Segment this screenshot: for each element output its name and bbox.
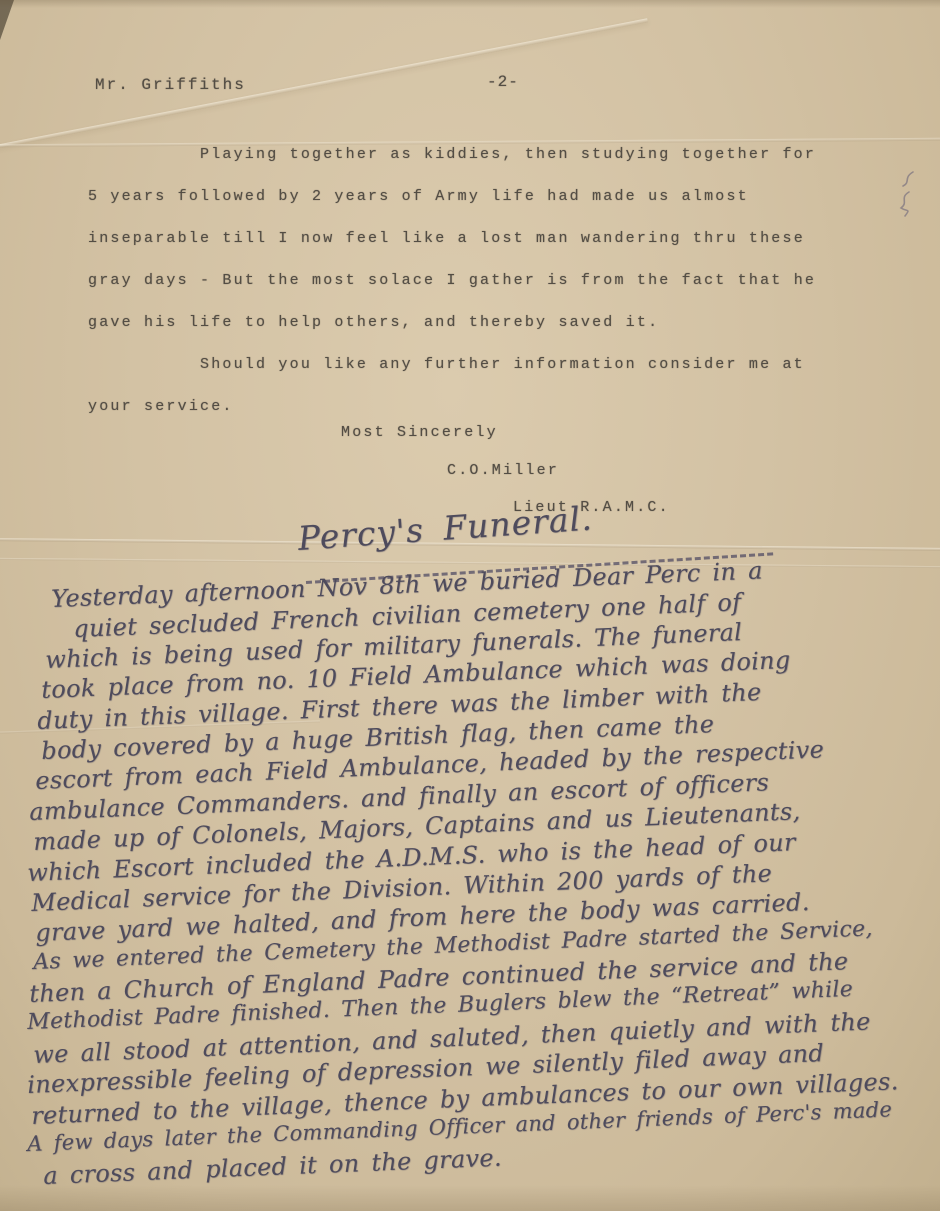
letter-scan-page: { "colors": { "paper": "#d3c2a4", "typed… bbox=[0, 0, 940, 1211]
handwritten-account: Yesterday afternoon Nov 8th we buried De… bbox=[22, 585, 930, 1193]
typed-line: gray days - But the most solace I gather… bbox=[88, 272, 908, 314]
typed-line: gave his life to help others, and thereb… bbox=[88, 314, 908, 356]
typed-line: Playing together as kiddies, then studyi… bbox=[88, 146, 908, 188]
recipient-name: Mr. Griffiths bbox=[95, 76, 246, 94]
page-number: -2- bbox=[487, 73, 519, 91]
signature-closing: Most Sincerely bbox=[341, 424, 498, 441]
typed-letter-body: Playing together as kiddies, then studyi… bbox=[88, 146, 908, 440]
signature-name: C.O.Miller bbox=[447, 462, 559, 479]
typed-line: 5 years followed by 2 years of Army life… bbox=[88, 188, 908, 230]
typed-line: inseparable till I now feel like a lost … bbox=[88, 230, 908, 272]
typed-line: your service. bbox=[88, 398, 908, 440]
typed-line: Should you like any further information … bbox=[88, 356, 908, 398]
